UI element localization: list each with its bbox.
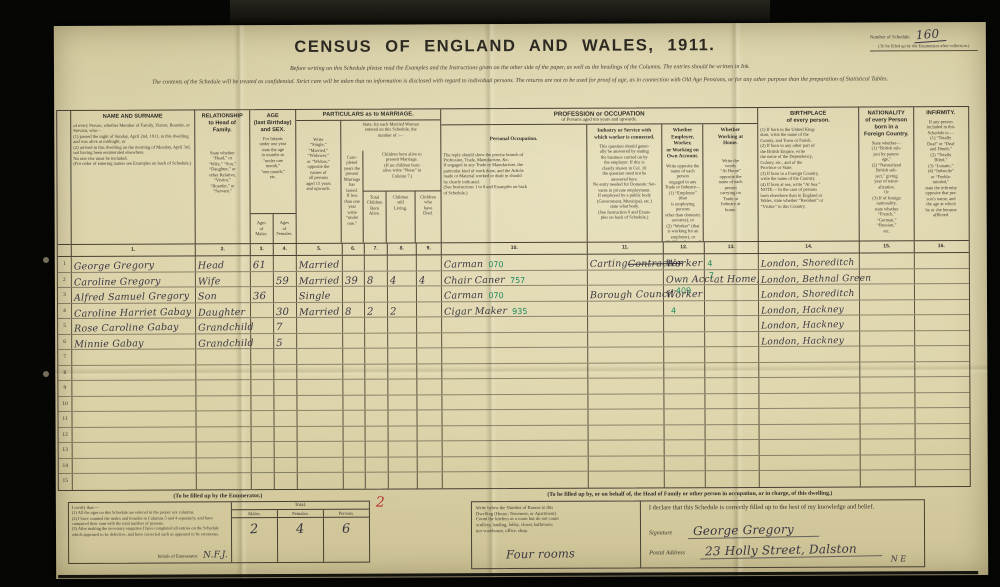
cell-marital-status: Married (297, 271, 343, 286)
schedule-number-note: (To be filled up by the Enumerator after… (870, 43, 978, 52)
cell-birthplace (759, 393, 860, 408)
cell-industry (588, 316, 664, 331)
cell-row-number: 8 (58, 365, 72, 380)
col-header-birthplace: BIRTHPLACE of every person. (1) If born … (758, 108, 860, 241)
cell-years-married (344, 426, 366, 441)
cell-occupation (442, 363, 588, 378)
cell-nationality (861, 470, 916, 486)
cell-marital-status (298, 473, 344, 489)
occupation-code: 070 (488, 291, 503, 300)
cell-infirmity (915, 377, 968, 392)
cell-occupation (443, 456, 589, 471)
cell-infirmity (915, 269, 968, 284)
cell-age-male (251, 380, 274, 395)
cell-employment-status (665, 471, 706, 487)
page-title: CENSUS OF ENGLAND AND WALES, 1911. (54, 35, 986, 58)
cell-age-female: 30 (274, 302, 297, 317)
persons-total: 6 (324, 518, 369, 562)
cell-working-at-home (705, 347, 759, 362)
cell-age-female (275, 442, 298, 457)
cell-birthplace (759, 409, 860, 424)
schedule-number-label: Number of Schedule. (870, 35, 911, 40)
cell-working-at-home (705, 378, 759, 393)
cell-working-at-home (705, 254, 759, 269)
cell-children-born (365, 349, 388, 364)
cell-children-born (365, 256, 388, 271)
cell-children-born (365, 380, 388, 395)
cell-age-male: 61 (251, 256, 274, 271)
cell-infirmity (916, 439, 969, 454)
cell-age-male (252, 427, 275, 442)
cell-age-male (252, 442, 275, 457)
cell-children-born (366, 442, 389, 457)
red-check-mark: 2 (376, 495, 385, 511)
cell-children-died (417, 286, 442, 301)
cell-employment-status: Worker4 (664, 254, 705, 269)
cell-name (73, 473, 197, 489)
table-body: 1 George Gregory Head 61 Married Carman0… (58, 253, 970, 489)
declaration-box: I declare that this Schedule is correctl… (641, 500, 924, 567)
cell-infirmity (915, 300, 968, 315)
cell-age-female (275, 457, 298, 472)
cell-marital-status: Married (297, 256, 343, 271)
census-table: NAME AND SURNAME of every Person, whethe… (56, 106, 971, 490)
occupation-code: 935 (512, 306, 527, 315)
householder-box: Write below the Number of Rooms in this … (471, 499, 925, 569)
cell-industry (589, 425, 665, 440)
cell-children-living (389, 426, 418, 441)
cell-row-number: 12 (59, 427, 73, 442)
punch-hole (43, 371, 49, 377)
punch-hole (43, 257, 49, 263)
cell-relationship: Son (196, 287, 251, 302)
cell-children-died: 4 (417, 271, 442, 286)
cell-infirmity (915, 284, 968, 299)
cell-name (72, 380, 196, 395)
signature-value: George Gregory (687, 522, 818, 539)
cell-relationship: Wife (196, 272, 251, 287)
cell-children-died (418, 472, 443, 488)
col-group-marriage: PARTICULARS as to MARRIAGE. Write “Singl… (296, 109, 442, 243)
cell-working-at-home (706, 455, 760, 470)
cell-children-living: 2 (388, 302, 417, 317)
cell-name (73, 442, 197, 457)
cell-infirmity (915, 362, 968, 377)
cell-working-at-home (705, 409, 759, 424)
declaration-text: I declare that this Schedule is correctl… (649, 503, 916, 512)
address-value: 23 Holly Street, Dalston (700, 541, 882, 559)
employment-code: 4 (671, 306, 676, 315)
cell-years-married (344, 457, 366, 472)
cell-nationality (860, 331, 915, 346)
cell-occupation (443, 472, 589, 488)
cell-employment-status (664, 332, 705, 347)
cell-age-female (274, 287, 297, 302)
cell-working-at-home (705, 316, 759, 331)
cell-nationality (861, 439, 916, 454)
cell-age-male (251, 365, 274, 380)
cell-birthplace (759, 362, 860, 377)
cell-years-married (344, 442, 366, 457)
cell-relationship (196, 380, 251, 395)
cell-occupation: Carman070 (442, 286, 588, 301)
cell-infirmity (915, 408, 968, 423)
cell-infirmity (916, 455, 969, 470)
totals-table: Total. Males. Females. Persons. 2 4 6 (232, 502, 369, 563)
col-header-children-died: Children who have Died. (416, 191, 441, 242)
cell-marital-status: Single (297, 287, 343, 302)
cell-age-male (251, 411, 274, 426)
cell-nationality (860, 393, 915, 408)
cell-years-married: 39 (343, 271, 365, 286)
cell-working-at-home (706, 471, 760, 487)
males-label: Males. (232, 510, 278, 517)
cell-occupation (442, 348, 588, 363)
cell-age-male (251, 349, 274, 364)
cell-employment-status (664, 316, 705, 331)
householder-section-heading: (To be filled up by, or on behalf of, th… (454, 490, 926, 498)
cell-age-female: 5 (274, 333, 297, 348)
col-header-nationality: NATIONALITY of every Person born in a Fo… (859, 107, 915, 240)
cell-industry (588, 363, 664, 378)
cell-infirmity (916, 470, 969, 486)
occupation-code: 070 (488, 260, 503, 269)
table-row: 15 (59, 470, 970, 489)
cell-children-born (365, 318, 388, 333)
cell-age-female (274, 256, 297, 271)
enumerator-certification: I certify that:— (1) All the ages on thi… (69, 502, 232, 563)
cell-age-female: 7 (274, 318, 297, 333)
cell-marital-status (297, 349, 343, 364)
cell-employment-status: Own Acct (664, 270, 705, 285)
cell-employment-status: Worker (664, 285, 705, 300)
cell-working-at-home (705, 362, 759, 377)
cell-age-female (274, 380, 297, 395)
table-header: NAME AND SURNAME of every Person, whethe… (57, 107, 969, 245)
cell-birthplace (759, 378, 860, 393)
rooms-value: Four rooms (506, 546, 575, 561)
cell-children-living (388, 255, 417, 270)
initials-label: Initials of Enumerator. (158, 553, 199, 558)
cell-industry: Carting Contractor (588, 254, 664, 269)
cell-relationship (197, 458, 252, 473)
cell-children-born (365, 395, 388, 410)
cell-children-died (417, 410, 442, 425)
cell-name (73, 427, 197, 442)
cell-children-born: 8 (365, 271, 388, 286)
col-header-marital-status: Write “Single,” “Married,” “Widower,” or… (296, 121, 342, 243)
cell-children-living (388, 364, 417, 379)
cell-children-living (389, 472, 418, 488)
cell-name (72, 396, 196, 411)
cell-occupation (442, 379, 588, 394)
census-form-page: CENSUS OF ENGLAND AND WALES, 1911. Numbe… (54, 22, 988, 579)
persons-label: Persons. (324, 510, 369, 517)
cell-occupation: Chair Caner757 (442, 270, 588, 285)
cell-industry (588, 409, 664, 424)
cell-age-female (274, 411, 297, 426)
cell-children-living (388, 333, 417, 348)
cell-infirmity (915, 393, 968, 408)
cell-children-living (389, 441, 418, 456)
cell-nationality (860, 408, 915, 423)
cell-years-married (343, 364, 365, 379)
cell-working-at-home (705, 285, 759, 300)
cell-years-married (344, 473, 366, 489)
cell-marital-status (297, 395, 343, 410)
cell-working-at-home: 7at Home, (705, 269, 759, 284)
cell-industry (588, 270, 664, 285)
enumerator-box: I certify that:— (1) All the ages on thi… (68, 501, 370, 564)
cell-children-died (418, 457, 443, 472)
cell-age-male (251, 272, 274, 287)
cell-industry (588, 378, 664, 393)
cell-row-number: 10 (58, 396, 72, 411)
col-group-occupation: PROFESSION or OCCUPATION of Persons aged… (441, 108, 759, 242)
cell-employment-status (664, 347, 705, 362)
cell-row-number: 4 (58, 303, 72, 318)
cell-children-born (366, 473, 389, 489)
cell-age-female (274, 364, 297, 379)
males-total: 2 (232, 518, 278, 562)
col-header-name: NAME AND SURNAME of every Person, whethe… (71, 110, 196, 244)
cell-relationship (197, 473, 252, 489)
col-header-relationship: RELATIONSHIP to Head of Family. State wh… (195, 110, 251, 243)
cell-relationship (196, 396, 251, 411)
cell-years-married (343, 349, 365, 364)
cell-infirmity (915, 331, 968, 346)
cell-working-at-home (705, 393, 759, 408)
cell-birthplace (760, 424, 861, 439)
enumerator-initials: N.F.J. (203, 550, 228, 560)
schedule-number-box: Number of Schedule.160 (To be filled up … (870, 27, 978, 52)
cell-infirmity (916, 424, 969, 439)
cell-working-at-home (705, 300, 759, 315)
cell-nationality (860, 346, 915, 361)
cell-industry (589, 456, 665, 471)
cell-working-at-home (705, 331, 759, 346)
cell-relationship: Daughter (196, 303, 251, 318)
cell-years-married (343, 318, 365, 333)
cell-marital-status (298, 457, 344, 472)
col-header-personal-occupation: Personal Occupation. The reply should sh… (441, 125, 587, 243)
cell-children-living (388, 410, 417, 425)
cell-years-married (343, 411, 365, 426)
cell-relationship (196, 411, 251, 426)
cell-industry (589, 471, 665, 487)
cell-marital-status (297, 411, 343, 426)
cell-nationality (861, 455, 916, 470)
cell-employment-status (664, 363, 705, 378)
cell-children-born (365, 411, 388, 426)
cell-infirmity (915, 253, 968, 268)
cell-children-born (365, 333, 388, 348)
cell-children-living: 4 (388, 271, 417, 286)
cell-industry (588, 394, 664, 409)
cell-name (72, 365, 196, 380)
cell-nationality (860, 253, 915, 268)
cell-children-died (417, 395, 442, 410)
enumerator-section-heading: (To be filled up by the Enumerator.) (68, 493, 368, 500)
cell-relationship: Grandchild (196, 318, 251, 333)
cell-years-married: 8 (343, 302, 365, 317)
cell-birthplace (760, 471, 861, 487)
col-header-children-living: Children still Living. (387, 191, 416, 242)
cell-employment-status (665, 456, 706, 471)
cell-industry (588, 347, 664, 362)
cell-children-born: 2 (365, 302, 388, 317)
rooms-instruction: Write below the Number of Rooms in this … (476, 505, 636, 534)
cell-occupation (442, 410, 588, 425)
cell-birthplace: London, Shoreditch (759, 254, 860, 269)
cell-age-male (251, 303, 274, 318)
cell-employment-status (665, 425, 706, 440)
employment-code: 4 (707, 259, 712, 268)
instruction-line-1: Before writing on this Schedule please r… (54, 62, 986, 75)
cell-industry: Borough Council409 (588, 285, 664, 300)
cell-relationship (196, 365, 251, 380)
backing-sheet-edge (230, 0, 770, 26)
cell-years-married (343, 380, 365, 395)
rooms-box: Write below the Number of Rooms in this … (472, 501, 641, 568)
schedule-number-value: 160 (913, 26, 946, 43)
cell-employment-status (664, 409, 705, 424)
cell-name: Rose Caroline Gabay (72, 318, 196, 333)
cell-years-married (343, 287, 365, 302)
signature-label: Signature (649, 530, 672, 536)
cell-relationship: Grandchild (196, 334, 251, 349)
cell-occupation: Carman070 (442, 255, 588, 270)
cell-birthplace (760, 455, 861, 470)
cell-industry (588, 332, 664, 347)
cell-age-female (274, 349, 297, 364)
females-label: Females. (278, 510, 324, 517)
cell-children-born (366, 426, 389, 441)
col-header-infirmity: INFIRMITY. If any person included in thi… (914, 107, 968, 240)
cell-nationality (860, 315, 915, 330)
cell-children-born (365, 287, 388, 302)
cell-nationality (860, 377, 915, 392)
cell-children-died (417, 379, 442, 394)
occupation-code: 757 (510, 275, 525, 284)
cell-occupation (443, 441, 589, 456)
cell-working-at-home (706, 424, 760, 439)
children-heading: Children born alive to present Marriage.… (363, 150, 440, 190)
cell-name: Alfred Samuel Gregory (72, 287, 196, 302)
cell-years-married (343, 395, 365, 410)
cell-row-number: 1 (58, 257, 72, 272)
cell-children-died (417, 317, 442, 332)
cell-infirmity (915, 315, 968, 330)
cell-employment-status (664, 378, 705, 393)
cell-marital-status (298, 426, 344, 441)
cell-relationship: Head (196, 256, 251, 271)
cell-marital-status (297, 364, 343, 379)
cell-children-died (417, 364, 442, 379)
cell-children-died (417, 348, 442, 363)
cell-row-number: 14 (59, 458, 73, 473)
cell-children-living (388, 348, 417, 363)
cell-children-living (388, 286, 417, 301)
address-label: Postal Address (649, 550, 685, 556)
cell-age-female (275, 426, 298, 441)
cell-occupation (442, 332, 588, 347)
cell-infirmity (915, 346, 968, 361)
cell-children-died (418, 426, 443, 441)
col-header-rownum (57, 111, 72, 244)
col-header-children-born: Total Children Born Alive. (364, 192, 387, 243)
cell-children-died (417, 333, 442, 348)
cell-birthplace (760, 440, 861, 455)
cell-years-married (343, 333, 365, 348)
cell-years-married (343, 256, 365, 271)
cell-name (72, 411, 196, 426)
col-header-age-females: Ages of Females. (273, 214, 296, 243)
cell-age-female (275, 473, 298, 489)
cell-row-number: 2 (58, 272, 72, 287)
cell-working-at-home (706, 440, 760, 455)
cell-marital-status (297, 380, 343, 395)
col-header-employer-worker: Whether Employer, Worker, or Working on … (663, 124, 705, 242)
col-header-age-males: Ages of Males. (251, 214, 274, 243)
cell-industry (589, 440, 665, 455)
cell-relationship (197, 442, 252, 457)
cell-age-male (251, 318, 274, 333)
cell-children-born (366, 457, 389, 472)
cell-age-female (274, 395, 297, 410)
cell-nationality (860, 362, 915, 377)
scan-background: CENSUS OF ENGLAND AND WALES, 1911. Numbe… (0, 0, 1000, 587)
cell-age-male: 36 (251, 287, 274, 302)
col-header-working-at-home: Whether Working at Home. Write the words… (703, 124, 757, 242)
cell-children-died (417, 302, 442, 317)
cell-employment-status (664, 394, 705, 409)
cell-row-number: 11 (58, 412, 72, 427)
cell-children-living (388, 379, 417, 394)
cell-marital-status (298, 442, 344, 457)
cell-row-number: 7 (58, 350, 72, 365)
cell-name: George Gregory (72, 256, 196, 271)
cell-occupation (443, 425, 589, 440)
cell-marital-status (297, 333, 343, 348)
cell-children-living (388, 317, 417, 332)
cell-employment-status (665, 440, 706, 455)
cell-row-number: 9 (58, 381, 72, 396)
cell-marital-status: Married (297, 302, 343, 317)
address-district: N E (891, 554, 906, 563)
cell-row-number: 6 (58, 334, 72, 349)
cell-nationality (860, 300, 915, 315)
cell-children-living (389, 457, 418, 472)
cell-relationship (197, 427, 252, 442)
instruction-line-2: The contents of the Schedule will be tre… (54, 75, 986, 88)
cell-children-born (365, 364, 388, 379)
cell-age-male (252, 473, 275, 489)
cell-row-number: 13 (59, 443, 73, 458)
cell-children-died (417, 255, 442, 270)
cell-children-died (418, 441, 443, 456)
cell-children-living (388, 395, 417, 410)
cell-name: Minnie Gabay (72, 334, 196, 349)
cell-age-male (252, 458, 275, 473)
cell-age-female: 59 (274, 271, 297, 286)
cell-row-number: 15 (59, 474, 73, 490)
cell-employment-status: 4 (664, 301, 705, 316)
cell-row-number: 3 (58, 288, 72, 303)
cell-age-male (251, 334, 274, 349)
col-header-industry: Industry or Service with which worker is… (587, 124, 663, 242)
col-header-age: AGE (last Birthday) and SEX. For Infants… (250, 110, 297, 243)
